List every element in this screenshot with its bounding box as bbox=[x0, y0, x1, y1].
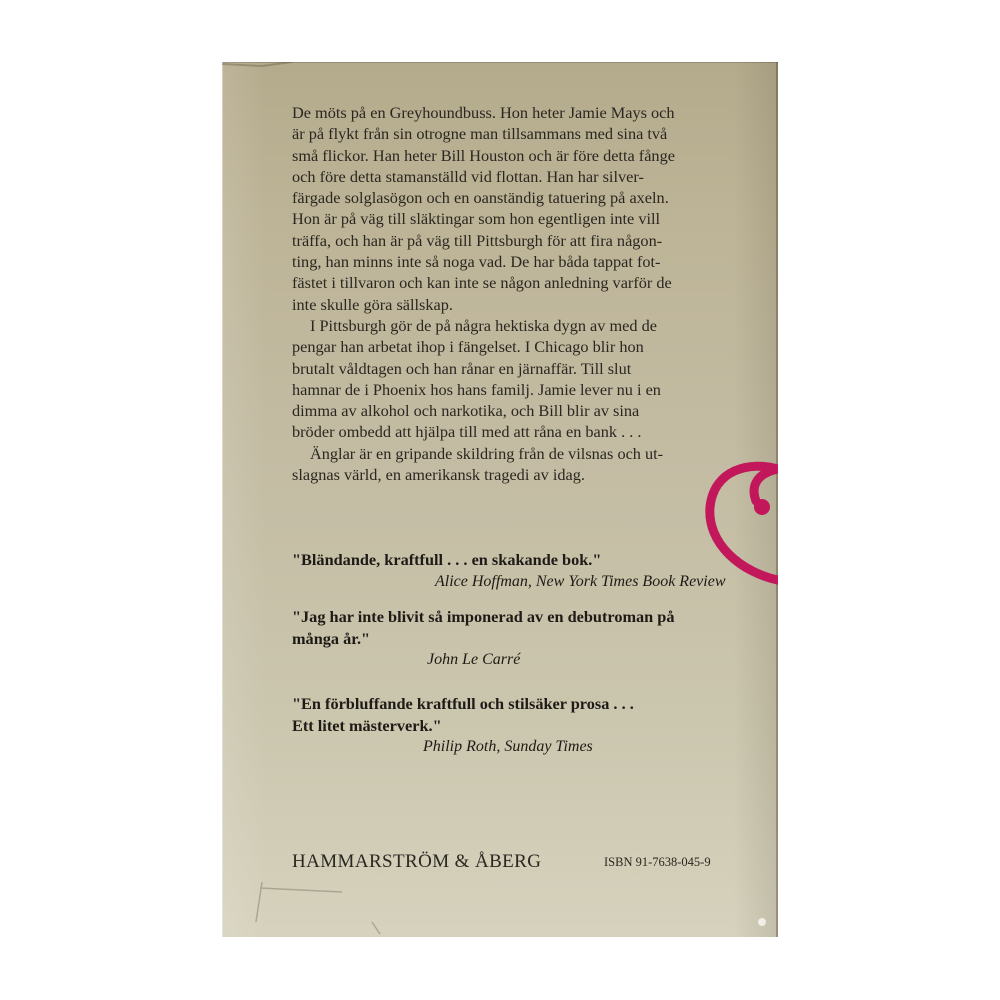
review-quote-text: Ett litet mästerverk." bbox=[292, 715, 732, 737]
blurb-line: slagnas värld, en amerikansk tragedi av … bbox=[292, 464, 752, 485]
blurb-line: träffa, och han är på väg till Pittsburg… bbox=[292, 230, 752, 251]
isbn-number: ISBN 91-7638-045-9 bbox=[604, 855, 711, 870]
book-blurb: De möts på en Greyhoundbuss. Hon heter J… bbox=[292, 102, 752, 485]
publisher-name: HAMMARSTRÖM & ÅBERG bbox=[292, 851, 541, 873]
blurb-line: ting, han minns inte så noga vad. De har… bbox=[292, 251, 752, 272]
review-quote-3: "En förbluffande kraftfull och stilsäker… bbox=[292, 693, 732, 757]
blurb-paragraph-2: I Pittsburgh gör de på några hektiska dy… bbox=[292, 315, 752, 443]
review-quote-text: "Jag har inte blivit så imponerad av en … bbox=[292, 606, 732, 628]
blurb-line: små flickor. Han heter Bill Houston och … bbox=[292, 145, 752, 166]
blurb-line: är på flykt från sin otrogne man tillsam… bbox=[292, 123, 752, 144]
blurb-paragraph-1: De möts på en Greyhoundbuss. Hon heter J… bbox=[292, 102, 752, 315]
review-quote-text: "En förbluffande kraftfull och stilsäker… bbox=[292, 693, 732, 715]
blurb-line: De möts på en Greyhoundbuss. Hon heter J… bbox=[292, 102, 752, 123]
review-source: John Le Carré bbox=[292, 649, 732, 670]
blurb-line: och före detta stamanställd vid flottan.… bbox=[292, 166, 752, 187]
blurb-line: bröder ombedd att hjälpa till med att rå… bbox=[292, 421, 752, 442]
review-quote-1: "Bländande, kraftfull . . . en skakande … bbox=[292, 549, 732, 592]
blurb-line: brutalt våldtagen och han rånar en järna… bbox=[292, 358, 752, 379]
blurb-line: inte skulle göra sällskap. bbox=[292, 294, 752, 315]
blurb-paragraph-3: Änglar är en gripande skildring från de … bbox=[292, 443, 752, 486]
review-source: Philip Roth, Sunday Times bbox=[292, 736, 732, 757]
blurb-line: I Pittsburgh gör de på några hektiska dy… bbox=[292, 315, 752, 336]
blurb-line: pengar han arbetat ihop i fängelset. I C… bbox=[292, 336, 752, 357]
review-source: Alice Hoffman, New York Times Book Revie… bbox=[292, 571, 732, 592]
review-quote-text: "Bländande, kraftfull . . . en skakande … bbox=[292, 549, 732, 571]
blurb-line: fästet i tillvaron och kan inte se någon… bbox=[292, 272, 752, 293]
blurb-line: Änglar är en gripande skildring från de … bbox=[292, 443, 752, 464]
blurb-line: hamnar de i Phoenix hos hans familj. Jam… bbox=[292, 379, 752, 400]
blurb-line: färgade solglasögon och en oanständig ta… bbox=[292, 187, 752, 208]
blurb-line: Hon är på väg till släktingar som hon eg… bbox=[292, 208, 752, 229]
review-quote-2: "Jag har inte blivit så imponerad av en … bbox=[292, 606, 732, 670]
blurb-line: dimma av alkohol och narkotika, och Bill… bbox=[292, 400, 752, 421]
review-quote-text: många år." bbox=[292, 628, 732, 650]
